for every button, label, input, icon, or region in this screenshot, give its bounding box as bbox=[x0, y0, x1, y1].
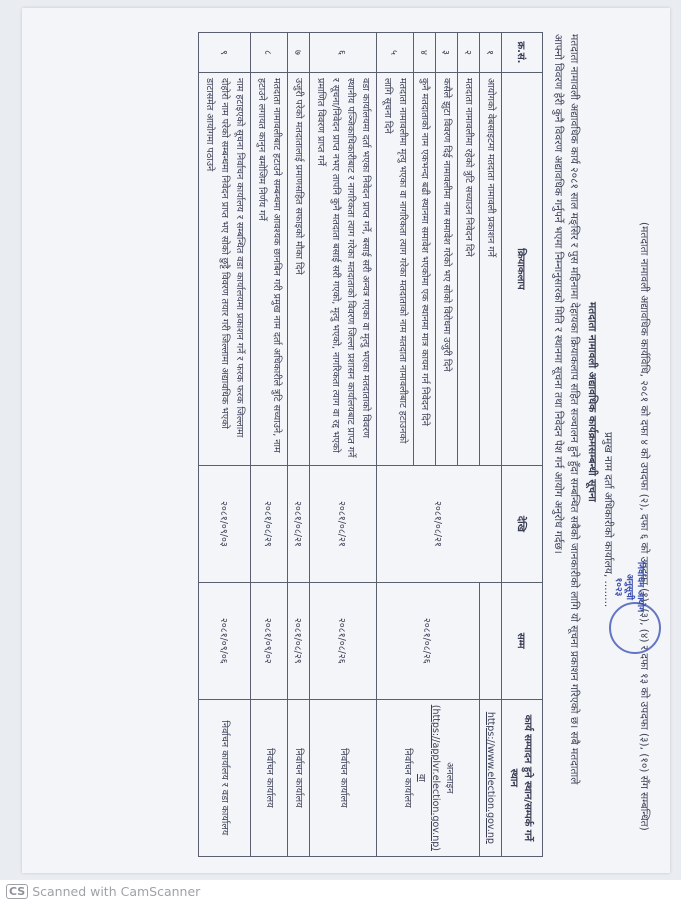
row-number: ३ bbox=[436, 33, 458, 73]
row-to-date: २०८१/०९/०२ bbox=[251, 582, 288, 699]
camscanner-watermark: CS Scanned with CamScanner bbox=[6, 884, 200, 899]
row-activity: नाम हटाइएको सूचना निर्वाचन कार्यालय र सम… bbox=[199, 72, 251, 465]
online-application-link[interactable]: (https://applvr.election.gov.np) वा bbox=[414, 705, 442, 851]
row-from-date: २०८१/०८/२१ bbox=[288, 465, 310, 582]
row-number: ५ bbox=[377, 33, 414, 73]
row-location: निर्वाचन कार्यालय bbox=[251, 699, 288, 856]
row-number: २ bbox=[458, 33, 480, 73]
row-location[interactable]: https://www.election.gov.np bbox=[480, 699, 502, 856]
header-to: सम्म bbox=[502, 582, 543, 699]
row-number: १ bbox=[480, 33, 502, 73]
row-to-date: २०८१/०८/२६ bbox=[310, 582, 377, 699]
notice-title: मतदाता नामावली अद्यावधिक कार्यक्रमसम्बन्… bbox=[585, 302, 599, 502]
row-to-date: २०८१/०८/२६ bbox=[377, 582, 480, 699]
table-row: ६ वडा कार्यालयमा दर्ता भएका निवेदन प्राप… bbox=[310, 33, 377, 857]
row-from-date: २०८१/०८/२९ bbox=[251, 465, 288, 582]
seal-annex-label: अनुसूची bbox=[623, 557, 634, 617]
row-location: अनलाइन (https://applvr.election.gov.np) … bbox=[377, 699, 480, 856]
table-row: ९ नाम हटाइएको सूचना निर्वाचन कार्यालय र … bbox=[199, 33, 251, 857]
row-from-date: २०८१/०८/२१ bbox=[310, 465, 377, 582]
row-activity: मतदाता नामावलीबाट हटाउने सम्बन्धमा आवश्य… bbox=[251, 72, 288, 465]
row-to-date: २०८१/०९/०६ bbox=[199, 582, 251, 699]
table-header-row: क्र.सं. क्रियाकलाप देखि सम्म कार्य सम्पा… bbox=[502, 33, 543, 857]
election-website-link[interactable]: https://www.election.gov.np bbox=[486, 712, 497, 844]
table-row: ८ मतदाता नामावलीबाट हटाउने सम्बन्धमा आवश… bbox=[251, 33, 288, 857]
row-to-date bbox=[480, 582, 502, 699]
notice-paragraph-line-2: आफ्नो विवरण हेरी कुनै विवरण अद्यावधिक गर… bbox=[551, 34, 565, 554]
table-row: ७ उजुरी परेको मतदातालाई प्रमाणसहित सफाइक… bbox=[288, 33, 310, 857]
header-activity: क्रियाकलाप bbox=[502, 72, 543, 465]
row-location: निर्वाचन कार्यालय र वडा कार्यालय bbox=[199, 699, 251, 856]
watermark-text: Scanned with CamScanner bbox=[32, 884, 200, 899]
row-number: ६ bbox=[310, 33, 377, 73]
seal-label: निर्वाचन आयोग अनुसूची १०२३ bbox=[612, 557, 645, 617]
row-activity: कसैले झुटा विवरण दिई नामावलीमा नाम समावे… bbox=[436, 72, 458, 465]
row-activity: मतदाता नामावलीमा मृत्यु भएका वा नागरिकता… bbox=[377, 72, 414, 465]
location-online-label: अनलाइन bbox=[442, 705, 456, 851]
row-from-date: २०८१/०८/२१ bbox=[377, 465, 502, 582]
schedule-table: क्र.सं. क्रियाकलाप देखि सम्म कार्य सम्पा… bbox=[198, 32, 543, 857]
document-subtitle: (मतदाता नामावली अद्यावधिक कार्यविधि, २०८… bbox=[637, 222, 651, 831]
row-location: निर्वाचन कार्यालय bbox=[310, 699, 377, 856]
location-office-label: निर्वाचन कार्यालय bbox=[400, 705, 414, 851]
notice-paragraph-line-1: मतदाता नामावली अद्यावधिक कार्य २०८१ साल … bbox=[567, 34, 581, 784]
camscanner-logo-icon: CS bbox=[6, 884, 28, 899]
row-activity: उजुरी परेको मतदातालाई प्रमाणसहित सफाइको … bbox=[288, 72, 310, 465]
rotated-document-page: (मतदाता नामावली अद्यावधिक कार्यविधि, २०८… bbox=[25, 12, 665, 872]
row-activity: कुनै मतदाताको नाम एकभन्दा बढी स्थानमा सम… bbox=[414, 72, 436, 465]
row-location: निर्वाचन कार्यालय bbox=[288, 699, 310, 856]
header-from: देखि bbox=[502, 465, 543, 582]
row-number: ७ bbox=[288, 33, 310, 73]
row-activity: मतदाता नामावलीमा रहेको त्रुटि सच्याउन नि… bbox=[458, 72, 480, 465]
row-number: ९ bbox=[199, 33, 251, 73]
row-number: ४ bbox=[414, 33, 436, 73]
office-line: प्रमुख नाम दर्ता अधिकारीको कार्यालय, ...… bbox=[601, 432, 615, 607]
table-row: २ मतदाता नामावलीमा रहेको त्रुटि सच्याउन … bbox=[458, 33, 480, 857]
header-serial: क्र.सं. bbox=[502, 33, 543, 73]
row-number: ८ bbox=[251, 33, 288, 73]
seal-org: निर्वाचन आयोग bbox=[634, 557, 645, 617]
row-to-date: २०८१/०८/२९ bbox=[288, 582, 310, 699]
row-activity: वडा कार्यालयमा दर्ता भएका निवेदन प्राप्त… bbox=[310, 72, 377, 465]
row-from-date: २०८१/०९/०३ bbox=[199, 465, 251, 582]
table-row: १ आयोगको वेबसाइटमा मतदाता नामावली प्रकाश… bbox=[480, 33, 502, 857]
header-location: कार्य सम्पादन हुने स्थान/सम्पर्क गर्ने स… bbox=[502, 699, 543, 856]
row-activity: आयोगको वेबसाइटमा मतदाता नामावली प्रकाशन … bbox=[480, 72, 502, 465]
